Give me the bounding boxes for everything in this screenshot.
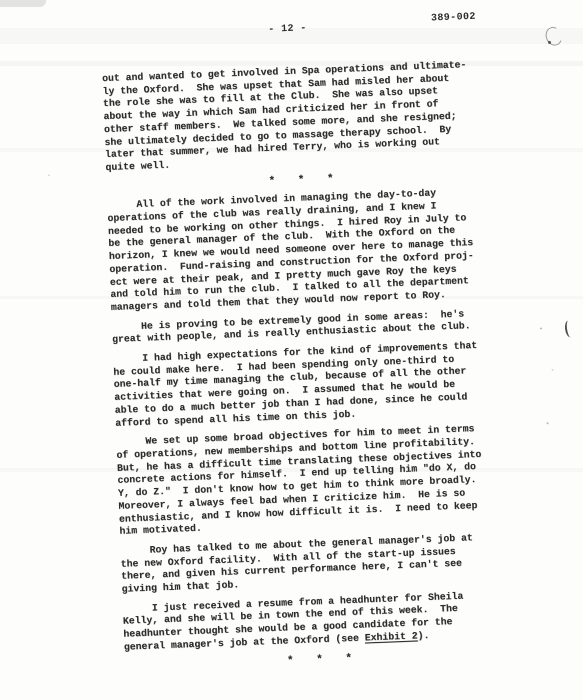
document-number: 389-002 <box>431 12 476 25</box>
scan-speck <box>547 422 549 424</box>
paragraph: I had high expectations for the kind of … <box>113 339 494 430</box>
page-number: - 12 - <box>268 23 307 35</box>
paragraph-text: I just received a resume from a headhunt… <box>122 590 463 652</box>
paragraph: Roy has talked to me about the general m… <box>120 531 500 596</box>
exhibit-reference: Exhibit 2 <box>365 630 418 643</box>
scan-speck <box>48 174 50 176</box>
scan-curl-mark <box>543 25 565 48</box>
document-body: out and wanted to get involved in Spa op… <box>102 59 503 680</box>
paragraph: out and wanted to get involved in Spa op… <box>102 59 484 175</box>
document-sheet: - 12 - 389-002 out and wanted to get inv… <box>0 0 583 699</box>
scan-speck <box>552 369 554 371</box>
scan-speck <box>548 41 551 44</box>
scan-crescent-mark <box>564 320 575 338</box>
paragraph: I just received a resume from a headhunt… <box>122 589 502 654</box>
paragraph: We set up some broad objectives for him … <box>116 423 498 539</box>
paragraph-text: ). <box>417 630 429 641</box>
scan-speck <box>540 327 542 329</box>
paragraph: All of the work involved in managing the… <box>107 186 489 315</box>
scanned-document-page: - 12 - 389-002 out and wanted to get inv… <box>0 0 583 700</box>
